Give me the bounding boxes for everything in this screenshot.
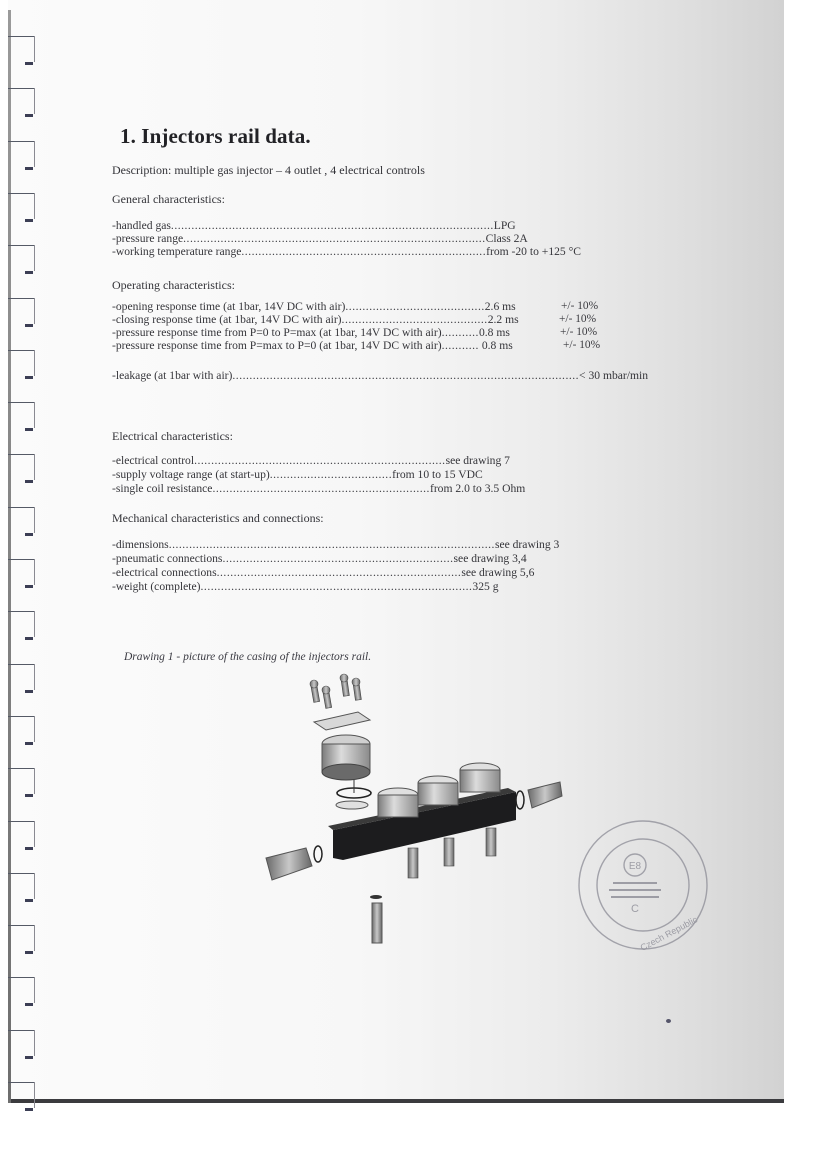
binding-hole (8, 664, 36, 716)
svg-text:E8: E8 (629, 861, 642, 872)
binding-hole (8, 507, 36, 559)
binding-hole (8, 821, 36, 873)
binding-hole (8, 88, 36, 140)
tolerance: +/- 10% (560, 326, 597, 338)
spec-row: -handled gas............................… (112, 219, 516, 232)
spec-row: -electrical control.....................… (112, 454, 510, 467)
spec-row: -weight (complete)......................… (112, 580, 499, 593)
spec-row: -pressure range.........................… (112, 232, 528, 245)
spec-row: -dimensions.............................… (112, 538, 559, 551)
binding-hole (8, 873, 36, 925)
section-heading-electrical: Electrical characteristics: (112, 429, 233, 444)
leader-dots: ........................................… (171, 219, 494, 232)
binding-hole (8, 977, 36, 1029)
leader-dots: ........................................… (217, 566, 462, 579)
binding-hole (8, 141, 36, 193)
leader-dots: ........... (442, 326, 479, 339)
section-heading-operating: Operating characteristics: (112, 278, 235, 293)
binding-hole (8, 611, 36, 663)
binding-hole (8, 36, 36, 88)
binding-hole (8, 1030, 36, 1082)
svg-text:C: C (631, 903, 639, 915)
spec-row: -pressure response time from P=max to P=… (112, 339, 513, 352)
leader-dots: ........................................… (345, 300, 484, 313)
approval-stamp-icon: E8 C Czech Republic (573, 815, 713, 955)
page-title: 1. Injectors rail data. (120, 124, 311, 149)
spec-row: -supply voltage range (at start-up).....… (112, 468, 483, 481)
spec-row: -electrical connections.................… (112, 566, 534, 579)
figure-caption: Drawing 1 - picture of the casing of the… (124, 651, 371, 663)
spec-row: -leakage (at 1bar with air).............… (112, 369, 648, 382)
binding-hole (8, 716, 36, 768)
binding-hole (8, 402, 36, 454)
leader-dots: ........................................… (212, 482, 430, 495)
binding-hole (8, 768, 36, 820)
leader-dots: ........................................… (342, 313, 488, 326)
spiral-binding (8, 0, 48, 1103)
binding-hole (8, 559, 36, 611)
section-heading-general: General characteristics: (112, 192, 225, 207)
leader-dots: ........................................… (183, 232, 485, 245)
spec-row: -working temperature range..............… (112, 245, 581, 258)
leader-dots: ........................................… (232, 369, 579, 382)
spec-row: -single coil resistance.................… (112, 482, 525, 495)
svg-text:Czech Republic: Czech Republic (639, 914, 700, 953)
leader-dots: ........................................… (201, 580, 473, 593)
binding-hole (8, 193, 36, 245)
binding-hole (8, 350, 36, 402)
binding-hole (8, 298, 36, 350)
binding-hole (8, 454, 36, 506)
binding-hole (8, 1082, 36, 1134)
binding-hole (8, 925, 36, 977)
spec-row: -pressure response time from P=0 to P=ma… (112, 326, 510, 339)
scan-speck (666, 1019, 671, 1023)
leader-dots: ........................................… (222, 552, 453, 565)
leader-dots: ........... (442, 339, 479, 352)
spec-row: -closing response time (at 1bar, 14V DC … (112, 313, 519, 326)
scanned-page: 1. Injectors rail data. Description: mul… (8, 0, 784, 1103)
leader-dots: ........................................… (169, 538, 495, 551)
tolerance: +/- 10% (561, 300, 598, 312)
description: Description: multiple gas injector – 4 o… (112, 163, 425, 178)
injector-rail-exploded-view-icon (248, 670, 568, 960)
section-heading-mechanical: Mechanical characteristics and connectio… (112, 511, 324, 526)
leader-dots: ........................................… (241, 245, 486, 258)
leader-dots: ........................................… (194, 454, 445, 467)
tolerance: +/- 10% (559, 313, 596, 325)
spec-row: -opening response time (at 1bar, 14V DC … (112, 300, 516, 313)
spec-row: -pneumatic connections..................… (112, 552, 527, 565)
leader-dots: .................................... (270, 468, 392, 481)
binding-hole (8, 245, 36, 297)
tolerance: +/- 10% (563, 339, 600, 351)
